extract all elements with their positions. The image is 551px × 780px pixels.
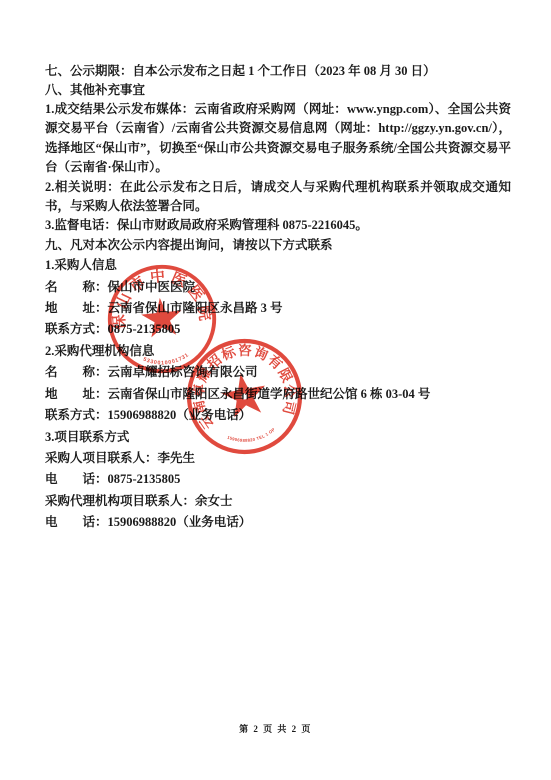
agency-address-value: 云南省保山市隆阳区永昌街道学府路世纪公馆 6 栋 03-04 号 (108, 387, 431, 401)
document-body: 七、公示期限：自本公示发布之日起 1 个工作日（2023 年 08 月 30 日… (45, 62, 511, 534)
agency-address-line: 地 址：云南省保山市隆阳区永昌街道学府路世纪公馆 6 栋 03-04 号 (45, 384, 511, 405)
agency-contact-line: 联系方式：15906988820（业务电话） (45, 405, 511, 426)
purchaser-name-label: 名 称： (45, 280, 108, 294)
item-supervision-phone: 3.监督电话：保山市财政局政府采购管理科 0875-2216045。 (45, 216, 511, 235)
project-phone2-value: 15906988820（业务电话） (108, 515, 252, 529)
item-related-notes: 2.相关说明：在此公示发布之日后，请成交人与采购代理机构联系并领取成交通知书，与… (45, 178, 511, 217)
project-agency-contact-line: 采购代理机构项目联系人：余女士 (45, 491, 511, 512)
project-contact-title: 3.项目联系方式 (45, 427, 511, 448)
agency-name-line: 名 称：云南卓耀招标咨询有限公司 (45, 362, 511, 383)
purchaser-info-title: 1.采购人信息 (45, 255, 511, 276)
project-agency-contact-label: 采购代理机构项目联系人： (45, 494, 195, 508)
project-purchaser-contact-label: 采购人项目联系人： (45, 451, 158, 465)
agency-contact-label: 联系方式： (45, 408, 108, 422)
purchaser-name-line: 名 称：保山市中医医院 (45, 277, 511, 298)
purchaser-contact-value: 0875-2135805 (108, 322, 181, 336)
purchaser-name-value: 保山市中医医院 (108, 280, 196, 294)
heading-section-9: 九、凡对本次公示内容提出询问，请按以下方式联系 (45, 236, 511, 255)
purchaser-address-value: 云南省保山市隆阳区永昌路 3 号 (108, 301, 283, 315)
agency-contact-value: 15906988820（业务电话） (108, 408, 252, 422)
project-phone2-label: 电 话： (45, 515, 108, 529)
project-phone1-line: 电 话：0875-2135805 (45, 469, 511, 490)
project-phone1-label: 电 话： (45, 472, 108, 486)
purchaser-contact-label: 联系方式： (45, 322, 108, 336)
purchaser-address-line: 地 址：云南省保山市隆阳区永昌路 3 号 (45, 298, 511, 319)
agency-name-value: 云南卓耀招标咨询有限公司 (108, 365, 258, 379)
project-phone1-value: 0875-2135805 (108, 472, 181, 486)
purchaser-contact-line: 联系方式：0875-2135805 (45, 319, 511, 340)
page-number-footer: 第 2 页 共 2 页 (0, 722, 551, 735)
document-page: 七、公示期限：自本公示发布之日起 1 个工作日（2023 年 08 月 30 日… (0, 0, 551, 780)
heading-section-8: 八、其他补充事宜 (45, 81, 511, 100)
item-publish-media: 1.成交结果公示发布媒体：云南省政府采购网（网址：www.yngp.com）、全… (45, 100, 511, 178)
agency-info-title: 2.采购代理机构信息 (45, 341, 511, 362)
project-purchaser-contact-value: 李先生 (158, 451, 196, 465)
project-agency-contact-value: 余女士 (195, 494, 233, 508)
agency-address-label: 地 址： (45, 387, 108, 401)
purchaser-address-label: 地 址： (45, 301, 108, 315)
heading-section-7: 七、公示期限：自本公示发布之日起 1 个工作日（2023 年 08 月 30 日… (45, 62, 511, 81)
project-purchaser-contact-line: 采购人项目联系人：李先生 (45, 448, 511, 469)
agency-name-label: 名 称： (45, 365, 108, 379)
project-phone2-line: 电 话：15906988820（业务电话） (45, 512, 511, 533)
